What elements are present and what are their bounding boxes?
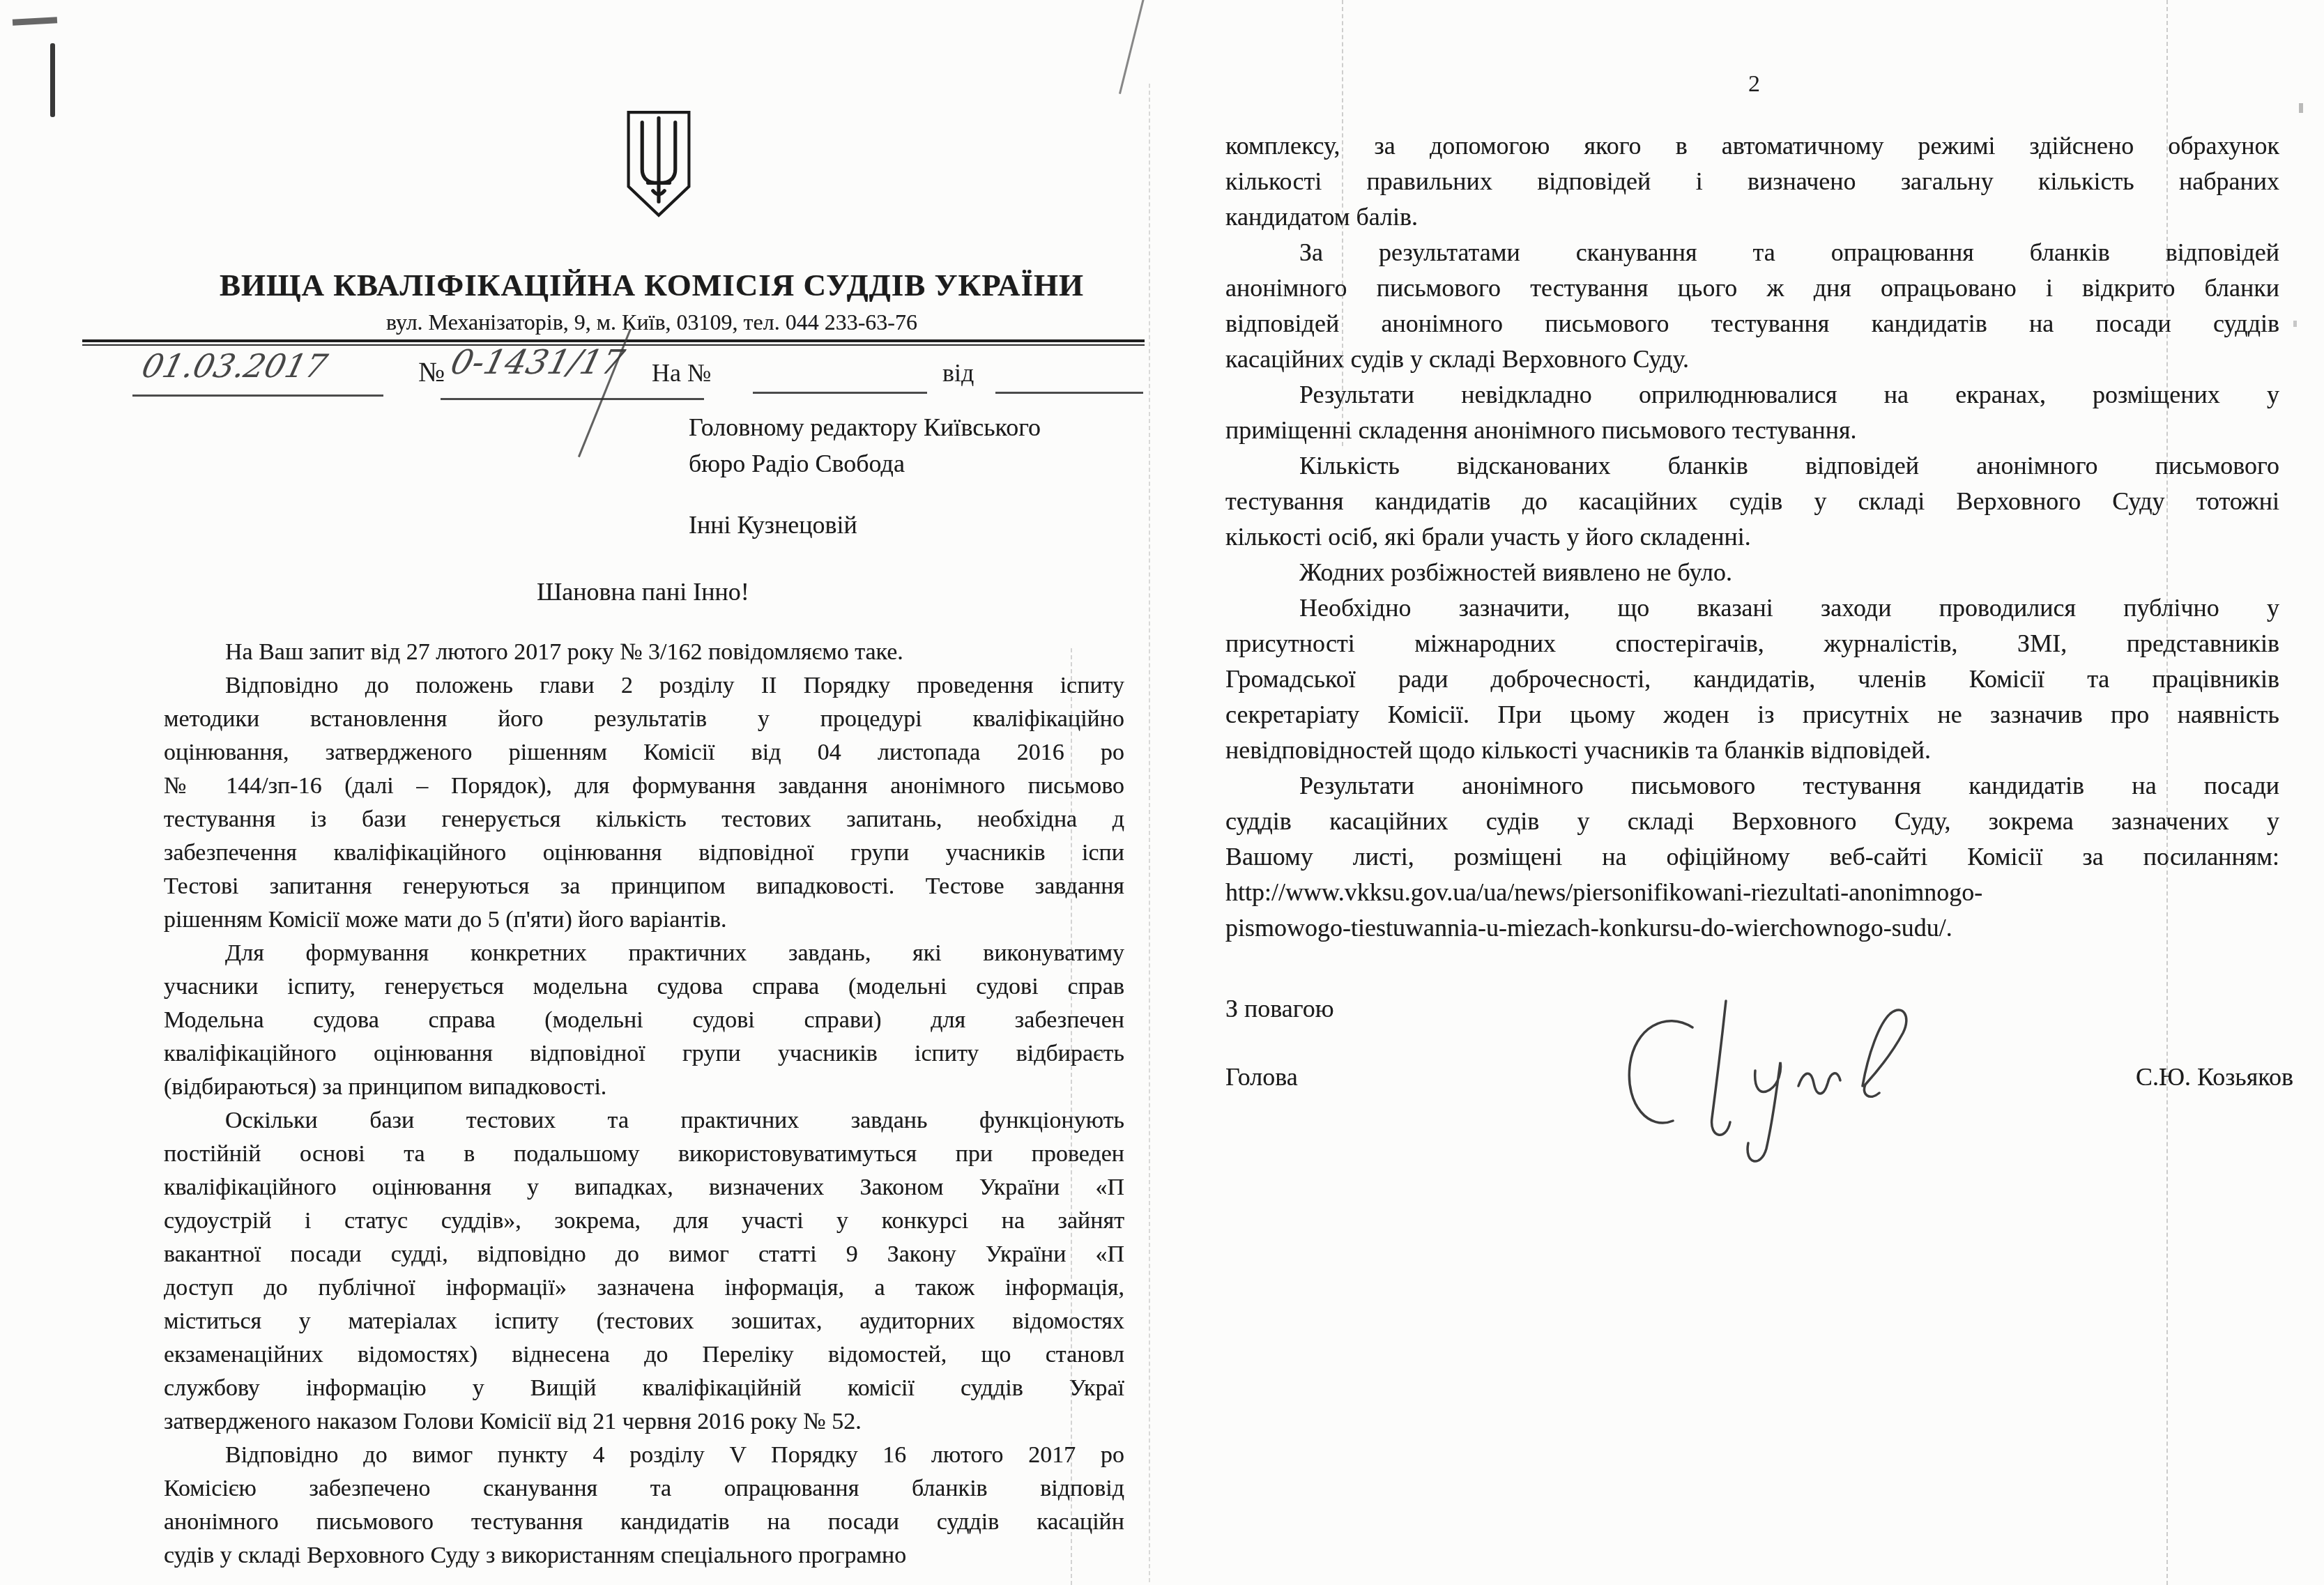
signature-scribble	[1589, 981, 1952, 1177]
number-underline	[441, 398, 704, 400]
text-line: анонімного письмового тестування кандида…	[164, 1506, 1124, 1539]
text-line: службову інформацію у Вищій кваліфікацій…	[164, 1372, 1124, 1405]
text-line: постійній основі та в подальшому викорис…	[164, 1138, 1124, 1171]
text-line: касаційних судів у складі Верховного Суд…	[1225, 342, 2279, 377]
text-line: pismowogo-tiestuwannia-u-miezach-konkurs…	[1225, 910, 2279, 946]
text-line: Кількість відсканованих бланків відповід…	[1225, 448, 2279, 484]
text-line: кількості правильних відповідей і визнач…	[1225, 164, 2279, 199]
text-line: Вашому листі, розміщені на офіційному ве…	[1225, 839, 2279, 875]
signer-title: Голова	[1225, 1062, 1298, 1092]
text-line: Тестові запитання генеруються за принцип…	[164, 870, 1124, 903]
scan-smudge-topleft	[13, 17, 57, 25]
text-line: кваліфікаційного оцінювання відповідної …	[164, 1037, 1124, 1071]
text-line: За результатами сканування та опрацюванн…	[1225, 235, 2279, 270]
text-line: затвердженого наказом Голови Комісії від…	[164, 1405, 1124, 1439]
vid-label: від	[942, 358, 974, 388]
na-number-blank	[753, 392, 927, 394]
text-line: вакантної посади судді, відповідно до ви…	[164, 1238, 1124, 1271]
date-underline	[132, 395, 383, 397]
recipient-name: Інні Кузнецовій	[689, 510, 857, 539]
recipient-line-2: бюро Радіо Свобода	[689, 449, 905, 478]
text-line: рішенням Комісії може мати до 5 (п'яти) …	[164, 903, 1124, 937]
text-line: забезпечення кваліфікаційного оцінювання…	[164, 836, 1124, 870]
text-line: Комісією забезпечено сканування та опрац…	[164, 1472, 1124, 1506]
text-line: кількості осіб, які брали участь у його …	[1225, 519, 2279, 555]
text-line: Відповідно до вимог пункту 4 розділу V П…	[164, 1439, 1124, 1472]
scan-diagonal-fold	[1119, 0, 1145, 94]
text-line: екзаменаційних відомостях) віднесена до …	[164, 1338, 1124, 1372]
org-name: ВИЩА КВАЛІФІКАЦІЙНА КОМІСІЯ СУДДІВ УКРАЇ…	[157, 267, 1147, 303]
text-line: Для формування конкретних практичних зав…	[164, 937, 1124, 970]
text-line: суддів касаційних судів у складі Верховн…	[1225, 804, 2279, 839]
text-line: анонімного письмового тестування цього ж…	[1225, 270, 2279, 306]
text-line: судоустрій і статус суддів», зокрема, дл…	[164, 1204, 1124, 1238]
page-number: 2	[1748, 71, 1760, 98]
vid-blank	[995, 392, 1143, 394]
scanned-letter-vkksu: ВИЩА КВАЛІФІКАЦІЙНА КОМІСІЯ СУДДІВ УКРАЇ…	[0, 0, 2324, 1585]
handwritten-number: 0-1431/17	[447, 343, 628, 382]
handwritten-date: 01.03.2017	[138, 347, 331, 385]
na-number-label: На №	[652, 358, 711, 388]
text-line: № 144/зп-16 (далі – Порядок), для формув…	[164, 769, 1124, 803]
text-line: судів у складі Верховного Суду з викорис…	[164, 1539, 1124, 1572]
text-line: кандидатом балів.	[1225, 199, 2279, 235]
letter-body-page2: комплексу, за допомогою якого в автомати…	[1225, 128, 2279, 946]
text-line: тестування із бази генерується кількість…	[164, 803, 1124, 836]
text-line: оцінювання, затвердженого рішенням Коміс…	[164, 736, 1124, 769]
text-line: присутності міжнародних спостерігачів, ж…	[1225, 626, 2279, 661]
recipient-line-1: Головному редактору Київського	[689, 413, 1041, 442]
text-line: учасники іспиту, генерується модельна су…	[164, 970, 1124, 1004]
text-line: http://www.vkksu.gov.ua/ua/news/piersoni…	[1225, 875, 2279, 910]
scan-fold-line-center	[1149, 84, 1150, 1582]
tryzub-emblem-icon	[617, 110, 701, 218]
text-line: відповідей анонімного письмового тестува…	[1225, 306, 2279, 342]
text-line: Необхідно зазначити, що вказані заходи п…	[1225, 590, 2279, 626]
text-line: Оскільки бази тестових та практичних зав…	[164, 1104, 1124, 1138]
text-line: Жодних розбіжностей виявлено не було.	[1225, 555, 2279, 590]
text-line: Відповідно до положень глави 2 розділу I…	[164, 669, 1124, 703]
salutation: Шановна пані Інно!	[537, 577, 749, 606]
text-line: секретаріату Комісії. При цьому жоден із…	[1225, 697, 2279, 733]
text-line: (відбираються) за принципом випадковості…	[164, 1071, 1124, 1104]
text-line: На Ваш запит від 27 лютого 2017 року № 3…	[164, 636, 1124, 669]
text-line: кваліфікаційного оцінювання у випадках, …	[164, 1171, 1124, 1204]
number-sign: №	[418, 355, 445, 388]
text-line: методики встановлення його результатів у…	[164, 703, 1124, 736]
letter-body-page1: На Ваш запит від 27 лютого 2017 року № 3…	[164, 636, 1124, 1572]
text-line: доступ до публічної інформації» зазначен…	[164, 1271, 1124, 1305]
closing: З повагою	[1225, 994, 1334, 1023]
org-address: вул. Механізаторів, 9, м. Київ, 03109, т…	[157, 309, 1147, 335]
scan-speck-2	[2293, 321, 2297, 327]
signer-name: С.Ю. Козьяков	[2056, 1062, 2293, 1092]
text-line: міститься у матеріалах іспиту (тестових …	[164, 1305, 1124, 1338]
text-line: невідповідностей щодо кількості учасникі…	[1225, 733, 2279, 768]
text-line: приміщенні складення анонімного письмово…	[1225, 413, 2279, 448]
text-line: Результати невідкладно оприлюднювалися н…	[1225, 377, 2279, 413]
text-line: комплексу, за допомогою якого в автомати…	[1225, 128, 2279, 164]
text-line: тестування кандидатів до касаційних суді…	[1225, 484, 2279, 519]
scan-speck-1	[2299, 103, 2303, 113]
text-line: Модельна судова справа (модельні судові …	[164, 1004, 1124, 1037]
text-line: Громадської ради доброчесності, кандидат…	[1225, 661, 2279, 697]
scan-bar-topleft	[50, 43, 55, 117]
text-line: Результати анонімного письмового тестува…	[1225, 768, 2279, 804]
